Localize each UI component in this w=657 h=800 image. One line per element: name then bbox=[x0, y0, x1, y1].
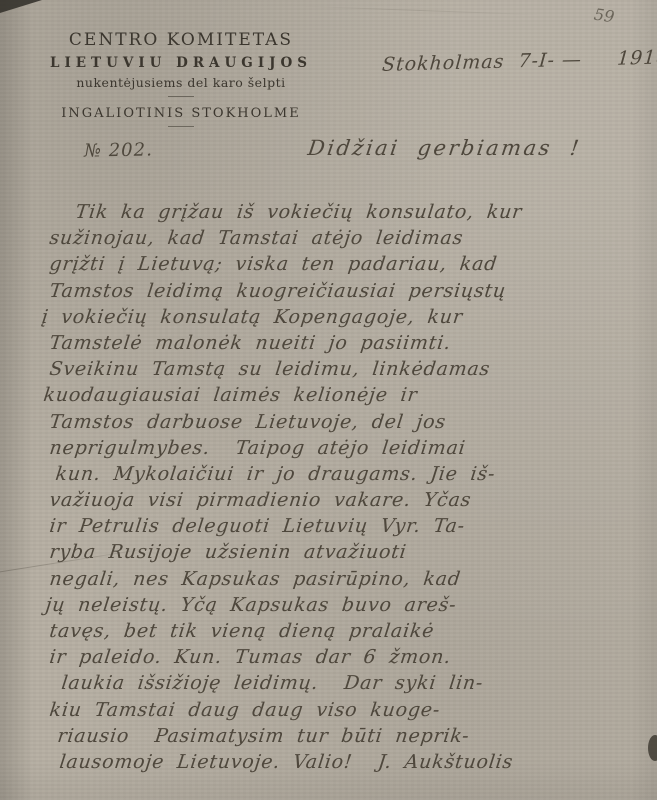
scan-corner-artifact bbox=[0, 0, 42, 13]
letterhead-office: INGALIOTINIS STOKHOLME bbox=[36, 106, 326, 121]
handwritten-line: važiuoja visi pirmadienio vakare. Yčas bbox=[48, 487, 651, 513]
handwritten-line: į vokiečių konsulatą Kopengagoje, kur bbox=[40, 304, 651, 330]
handwritten-line: neprigulmybes. Taipog atėjo leidimai bbox=[48, 435, 651, 461]
letterhead-org-society: LIETUVIU DRAUGIJOS bbox=[36, 55, 326, 71]
handwritten-line: kiu Tamstai daug daug viso kuoge- bbox=[48, 697, 651, 723]
handwritten-line: negali, nes Kapsukas pasirūpino, kad bbox=[48, 566, 651, 592]
handwritten-line: tavęs, bet tik vieną dieną pralaikė bbox=[48, 618, 651, 644]
letterhead-org-name: CENTRO KOMITETAS bbox=[36, 30, 326, 50]
handwritten-line: Sveikinu Tamstą su leidimu, linkėdamas bbox=[48, 356, 651, 382]
dateline: Stokholmas 7-I- — 1918. bbox=[381, 46, 657, 76]
page-number-annotation: 59 bbox=[593, 5, 616, 27]
letterhead: CENTRO KOMITETAS LIETUVIU DRAUGIJOS nuke… bbox=[36, 30, 326, 136]
handwritten-line: Tik ka grįžau iš vokiečių konsulato, kur bbox=[74, 199, 651, 225]
handwritten-line: Tamstelė malonėk nueiti jo pasiimti. bbox=[48, 330, 651, 356]
handwritten-line: Tamstos darbuose Lietuvoje, del jos bbox=[48, 409, 651, 435]
paper-crease-top bbox=[300, 6, 540, 15]
handwritten-line: ir Petrulis deleguoti Lietuvių Vyr. Ta- bbox=[48, 513, 651, 539]
letterhead-divider bbox=[168, 96, 194, 97]
letterhead-divider bbox=[168, 126, 194, 127]
handwritten-line: ryba Rusijoje užsienin atvažiuoti bbox=[48, 539, 651, 565]
letter-page: 59 CENTRO KOMITETAS LIETUVIU DRAUGIJOS n… bbox=[0, 0, 657, 800]
letterhead-org-purpose: nukentėjusiems del karo šelpti bbox=[36, 75, 326, 90]
handwritten-line: kun. Mykolaičiui ir jo draugams. Jie iš- bbox=[54, 461, 651, 487]
handwritten-line: kuodaugiausiai laimės kelionėje ir bbox=[42, 382, 651, 408]
handwritten-line: riausio Pasimatysim tur būti neprik- bbox=[56, 723, 651, 749]
handwritten-line: jų neleistų. Yčą Kapsukas buvo areš- bbox=[44, 592, 651, 618]
handwritten-line: Tamstos leidimą kuogreičiausiai persiųst… bbox=[48, 278, 651, 304]
letter-body: Tik ka grįžau iš vokiečių konsulato, kur… bbox=[48, 199, 648, 775]
reference-number: № 202. bbox=[84, 139, 153, 161]
handwritten-line: sužinojau, kad Tamstai atėjo leidimas bbox=[48, 225, 651, 251]
handwritten-line: grįžti į Lietuvą; viska ten padariau, ka… bbox=[48, 251, 651, 277]
handwritten-line-signature: lausomoje Lietuvoje. Valio! J. Aukštuoli… bbox=[58, 749, 651, 775]
handwritten-line: ir paleido. Kun. Tumas dar 6 žmon. bbox=[48, 644, 651, 670]
salutation: Didžiai gerbiamas ! bbox=[306, 136, 582, 160]
handwritten-line: laukia išsižioję leidimų. Dar syki lin- bbox=[60, 670, 651, 696]
